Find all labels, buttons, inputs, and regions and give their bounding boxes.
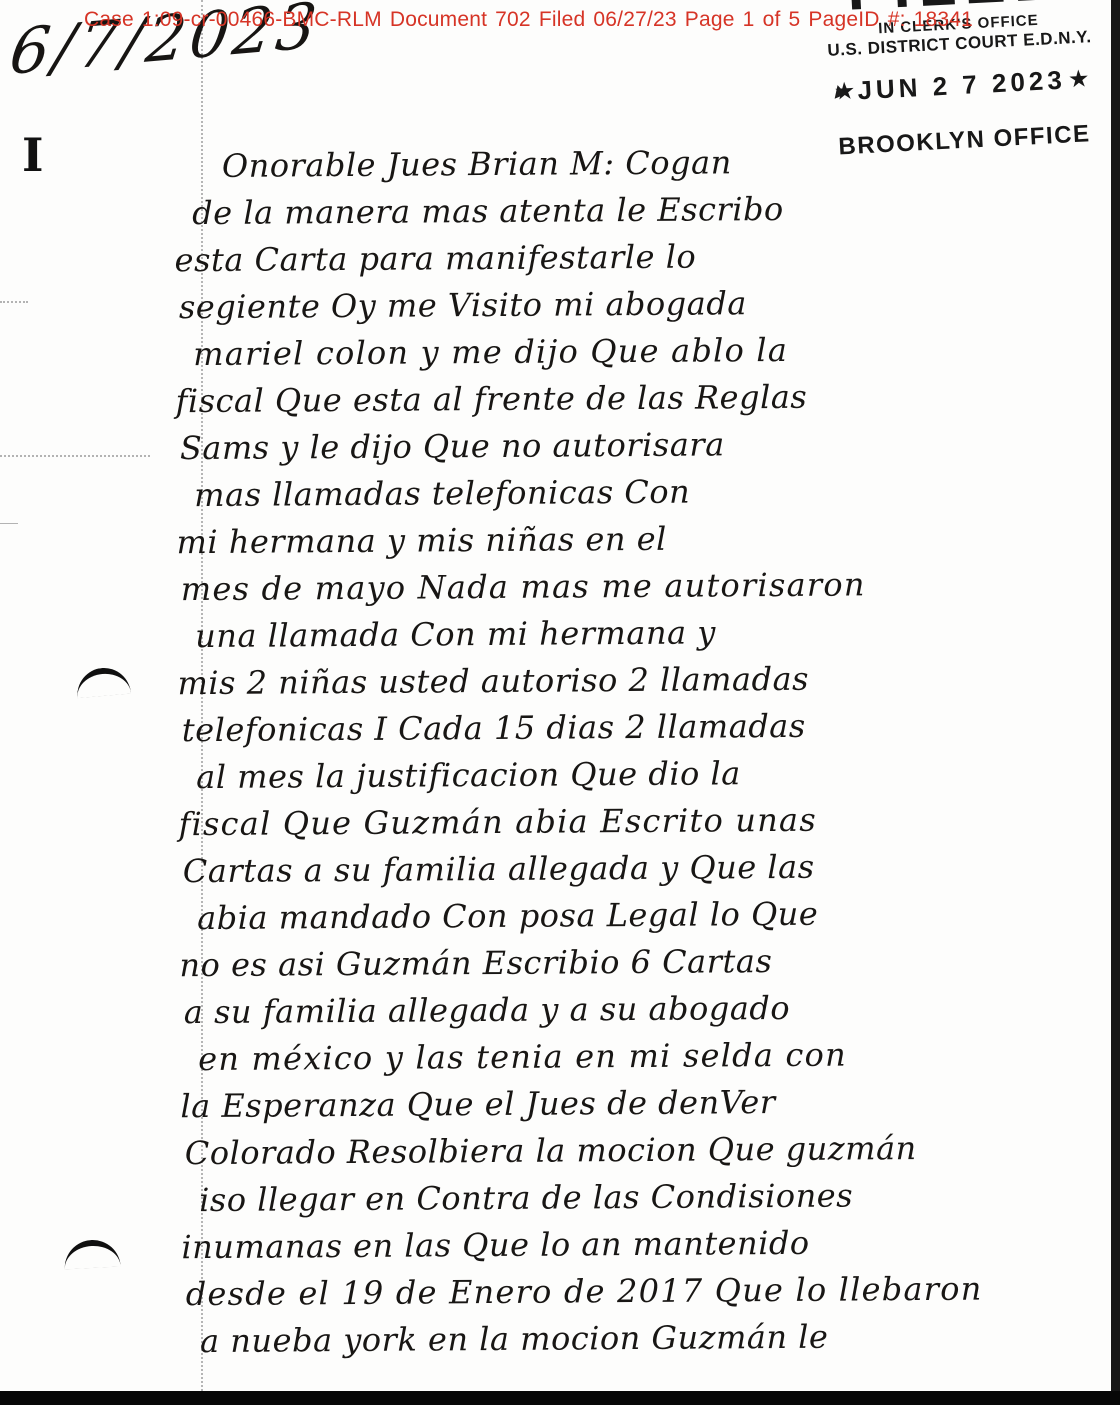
handwritten-line: esta Carta para manifestarle lo — [174, 231, 1088, 284]
filed-stamp-date-row: ★ JUN 2 7 2023 ★ — [827, 63, 1096, 108]
handwritten-line: fiscal Que Guzmán abia Escrito unas — [178, 795, 1092, 848]
star-icon: ★ — [1067, 67, 1090, 92]
scan-artifact-line — [0, 301, 28, 303]
handwritten-line: mas llamadas telefonicas Con — [194, 466, 1090, 519]
scan-edge-bottom — [0, 1391, 1120, 1405]
handwritten-line: mes de mayo Nada mas me autorisaron — [181, 560, 1091, 613]
handwritten-line: fiscal Que esta al frente de las Reglas — [175, 372, 1089, 425]
bates-header-case-line: Case 1:09-cr-00466-BMC-RLM Document 702 … — [84, 8, 973, 32]
handwritten-line: no es asi Guzmán Escribio 6 Cartas — [179, 936, 1093, 989]
page-number-marker: I — [22, 128, 44, 182]
handwritten-line: mi hermana y mis niñas en el — [176, 513, 1090, 566]
scan-edge-right — [1111, 0, 1120, 1405]
handwritten-line: una llamada Con mi hermana y — [195, 607, 1091, 660]
filed-stamp-date: JUN 2 7 2023 — [857, 65, 1067, 107]
handwritten-line: Colorado Resolbiera la mocion Que guzmán — [185, 1124, 1095, 1177]
handwritten-line: Sams y le dijo Que no autorisara — [180, 419, 1090, 472]
scan-artifact-line — [0, 523, 18, 524]
margin-pen-arc — [75, 666, 131, 699]
handwritten-line: al mes la justificacion Que dio la — [196, 748, 1092, 801]
handwritten-letter-body: Onorable Jues Brian M: Cogande la manera… — [178, 137, 1097, 1365]
handwritten-line: telefonicas I Cada 15 dias 2 llamadas — [182, 701, 1092, 754]
handwritten-line: en méxico y las tenia en mi selda con — [198, 1030, 1094, 1083]
handwritten-line: mis 2 niñas usted autoriso 2 llamadas — [177, 654, 1091, 707]
handwritten-line: de la manera mas atenta le Escribo — [192, 184, 1088, 237]
handwritten-line: iso llegar en Contra de las Condisiones — [199, 1171, 1095, 1224]
handwritten-line: la Esperanza Que el Jues de denVer — [180, 1077, 1094, 1130]
handwritten-line: mariel colon y me dijo Que ablo la — [193, 325, 1089, 378]
handwritten-line: Cartas a su familia allegada y Que las — [183, 842, 1093, 895]
handwritten-line: desde el 19 de Enero de 2017 Que lo lleb… — [186, 1265, 1096, 1318]
handwritten-line: segiente Oy me Visito mi abogada — [179, 278, 1089, 331]
handwritten-line: inumanas en las Que lo an mantenido — [181, 1218, 1095, 1271]
handwritten-line: a nueba york en la mocion Guzmán le — [200, 1312, 1096, 1365]
handwritten-line: abia mandado Con posa Legal lo Que — [197, 889, 1093, 942]
margin-pen-arc — [63, 1239, 120, 1270]
scanned-document-page: Case 1:09-cr-00466-BMC-RLM Document 702 … — [0, 0, 1120, 1405]
handwritten-line: a su familia allegada y a su abogado — [184, 983, 1094, 1036]
scan-artifact-line — [0, 455, 150, 457]
